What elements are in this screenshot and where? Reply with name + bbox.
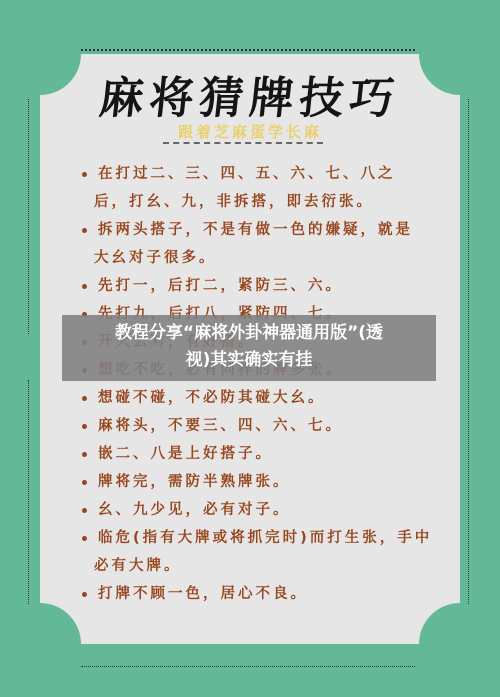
tip-item: 在打过二、三、四、五、六、七、八之 <box>98 163 396 185</box>
corner-notch-bottom-right <box>419 603 500 685</box>
tip-item: 拆两头搭子，不是有做一色的嫌疑，就是 <box>98 219 413 241</box>
caption-line-2: 视)其实确实有挂 <box>62 347 436 374</box>
bullet-icon <box>82 592 87 597</box>
tip-item: 牌将完，需防半熟牌张。 <box>98 471 291 493</box>
tip-item: 临危(指有大牌或将抓完时)而打生张，手中 <box>98 527 432 549</box>
right-dotted-border <box>468 99 469 614</box>
tip-item: 打牌不顾一色，居心不良。 <box>98 583 308 605</box>
poster-title: 麻将猜牌技巧 <box>0 62 500 126</box>
tip-item-continuation: 后，打幺、九，非拆搭，即去衍张。 <box>94 191 374 213</box>
caption-overlay: 教程分享“麻将外卦神器通用版”(透 视)其实确实有挂 <box>62 315 436 381</box>
bullet-icon <box>82 396 87 401</box>
tip-item-continuation: 必有大牌。 <box>94 555 182 577</box>
subtitle-underline <box>163 142 323 144</box>
bullet-icon <box>82 424 87 429</box>
bullet-icon <box>82 452 87 457</box>
bottom-dotted-border <box>81 666 415 667</box>
tip-item: 嵌二、八是上好搭子。 <box>98 443 273 465</box>
left-dotted-border-lower <box>28 380 29 614</box>
poster-subtitle: 跟着芝麻蛋学长麻 <box>0 121 500 142</box>
tip-item: 麻将头，不要三、四、六、七。 <box>98 415 343 437</box>
bullet-icon <box>82 480 87 485</box>
bullet-icon <box>82 536 87 541</box>
bullet-icon <box>82 172 87 177</box>
corner-notch-bottom-left <box>0 603 81 685</box>
bullet-icon <box>82 508 87 513</box>
bullet-icon <box>82 228 87 233</box>
top-dotted-border <box>81 49 415 51</box>
caption-line-1: 教程分享“麻将外卦神器通用版”(透 <box>62 320 436 347</box>
tip-item: 幺、九少见，必有对子。 <box>98 499 291 521</box>
tip-item: 想碰不碰，不必防其碰大幺。 <box>98 387 326 409</box>
bullet-icon <box>82 284 87 289</box>
tip-item-continuation: 大幺对子很多。 <box>94 247 217 269</box>
tip-item: 先打一，后打二，紧防三、六。 <box>98 275 343 297</box>
